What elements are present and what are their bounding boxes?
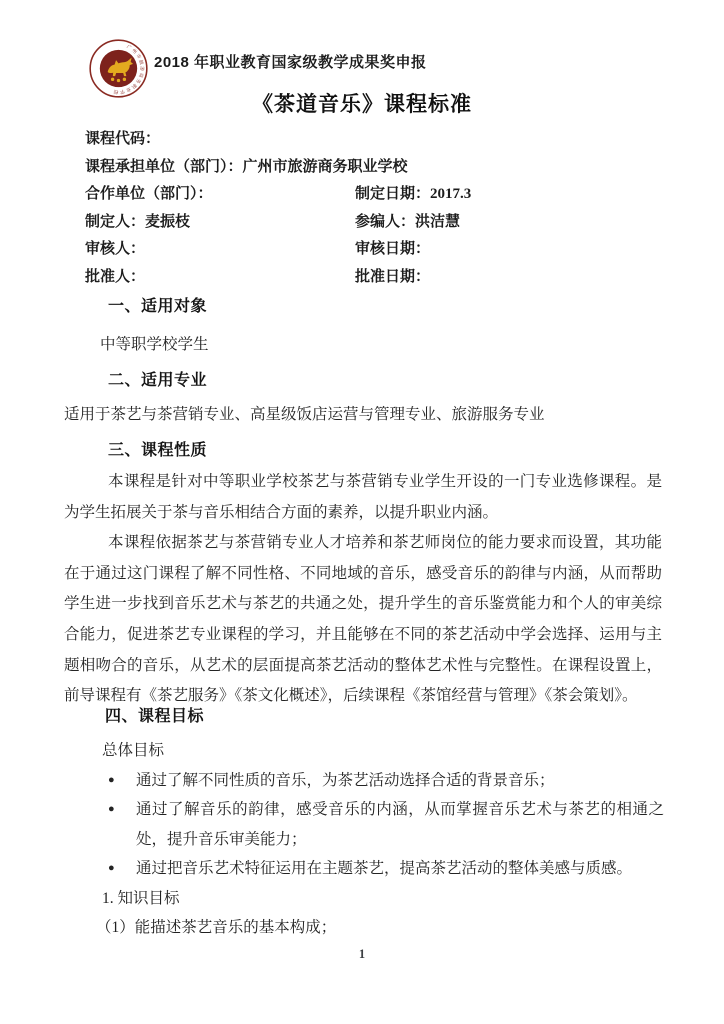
meta-row-cooperation: 合作单位（部门）： 制定日期：2017.3	[85, 181, 665, 209]
banner-text: 2018 年职业教育国家级教学成果奖申报	[154, 52, 427, 74]
applicable-majors-text: 适用于茶艺与茶营销专业、高星级饭店运营与管理专业、旅游服务专业	[64, 404, 545, 425]
objective-text: 通过把音乐艺术特征运用在主题茶艺，提高茶艺活动的整体美感与质感。	[136, 860, 632, 877]
objective-text: 通过了解不同性质的音乐，为茶艺活动选择合适的背景音乐；	[136, 772, 555, 789]
knowledge-objective-item: （1）能描述茶艺音乐的基本构成；	[96, 913, 336, 942]
meta-reviewer: 审核人：	[85, 241, 145, 257]
course-nature-paragraph-1: 本课程是针对中等职业学校茶艺与茶营销专业学生开设的一门专业选修课程。是为学生拓展…	[64, 467, 662, 528]
objectives-bullet-list: ● 通过了解不同性质的音乐，为茶艺活动选择合适的背景音乐； ● 通过了解音乐的韵…	[64, 766, 664, 884]
meta-undertaking-unit: 课程承担单位（部门）：广州市旅游商务职业学校	[85, 159, 408, 175]
meta-row-reviewer: 审核人： 审核日期：	[85, 236, 665, 264]
meta-course-code: 课程代码：	[85, 131, 160, 147]
meta-approval-date: 批准日期：	[355, 264, 430, 292]
list-item: ● 通过了解不同性质的音乐，为茶艺活动选择合适的背景音乐；	[64, 766, 664, 795]
course-nature-paragraphs: 本课程是针对中等职业学校茶艺与茶营销专业学生开设的一门专业选修课程。是为学生拓展…	[64, 467, 662, 712]
logo-dot	[123, 78, 126, 81]
objective-text: 通过了解音乐的韵律，感受音乐的内涵，从而掌握音乐艺术与茶艺的相通之处，提升音乐审…	[136, 801, 664, 847]
meta-row-course-code: 课程代码：	[85, 126, 665, 154]
meta-row-author: 制定人：麦振枝 参编人：洪洁慧	[85, 209, 665, 237]
list-item: ● 通过把音乐艺术特征运用在主题茶艺，提高茶艺活动的整体美感与质感。	[64, 854, 664, 883]
applicable-objects-text: 中等职学校学生	[100, 334, 209, 355]
knowledge-objectives-heading: 1. 知识目标	[102, 884, 180, 913]
list-item: ● 通过了解音乐的韵律，感受音乐的内涵，从而掌握音乐艺术与茶艺的相通之处，提升音…	[64, 795, 664, 854]
meta-row-approver: 批准人： 批准日期：	[85, 264, 665, 292]
heading-applicable-objects: 一、适用对象	[108, 296, 207, 318]
meta-co-editor: 参编人：洪洁慧	[355, 209, 460, 237]
meta-approver: 批准人：	[85, 269, 145, 285]
meta-review-date: 审核日期：	[355, 236, 430, 264]
meta-row-undertaking-unit: 课程承担单位（部门）：广州市旅游商务职业学校	[85, 154, 665, 182]
heading-course-nature: 三、课程性质	[108, 440, 207, 462]
meta-formulation-date: 制定日期：2017.3	[355, 181, 471, 209]
meta-author: 制定人：麦振枝	[85, 214, 190, 230]
page-title: 《茶道音乐》课程标准	[0, 90, 724, 120]
logo-dot	[111, 78, 114, 81]
heading-course-objectives: 四、课程目标	[105, 706, 204, 728]
course-nature-paragraph-2: 本课程依据茶艺与茶营销专业人才培养和茶艺师岗位的能力要求而设置，其功能在于通过这…	[64, 528, 662, 712]
bullet-icon: ●	[108, 766, 115, 795]
document-page: 广州市旅游商务职业学校 2018 年职业教育国家级教学成果奖申报 《茶道音乐》课…	[0, 0, 724, 1024]
overall-objectives-label: 总体目标	[102, 740, 164, 761]
heading-applicable-majors: 二、适用专业	[108, 370, 207, 392]
bullet-icon: ●	[108, 854, 115, 883]
meta-cooperation-unit: 合作单位（部门）：	[85, 186, 213, 202]
logo-dot	[117, 79, 120, 82]
bullet-icon: ●	[108, 795, 115, 824]
metadata-block: 课程代码： 课程承担单位（部门）：广州市旅游商务职业学校 合作单位（部门）： 制…	[85, 126, 665, 291]
page-number: 1	[0, 947, 724, 962]
